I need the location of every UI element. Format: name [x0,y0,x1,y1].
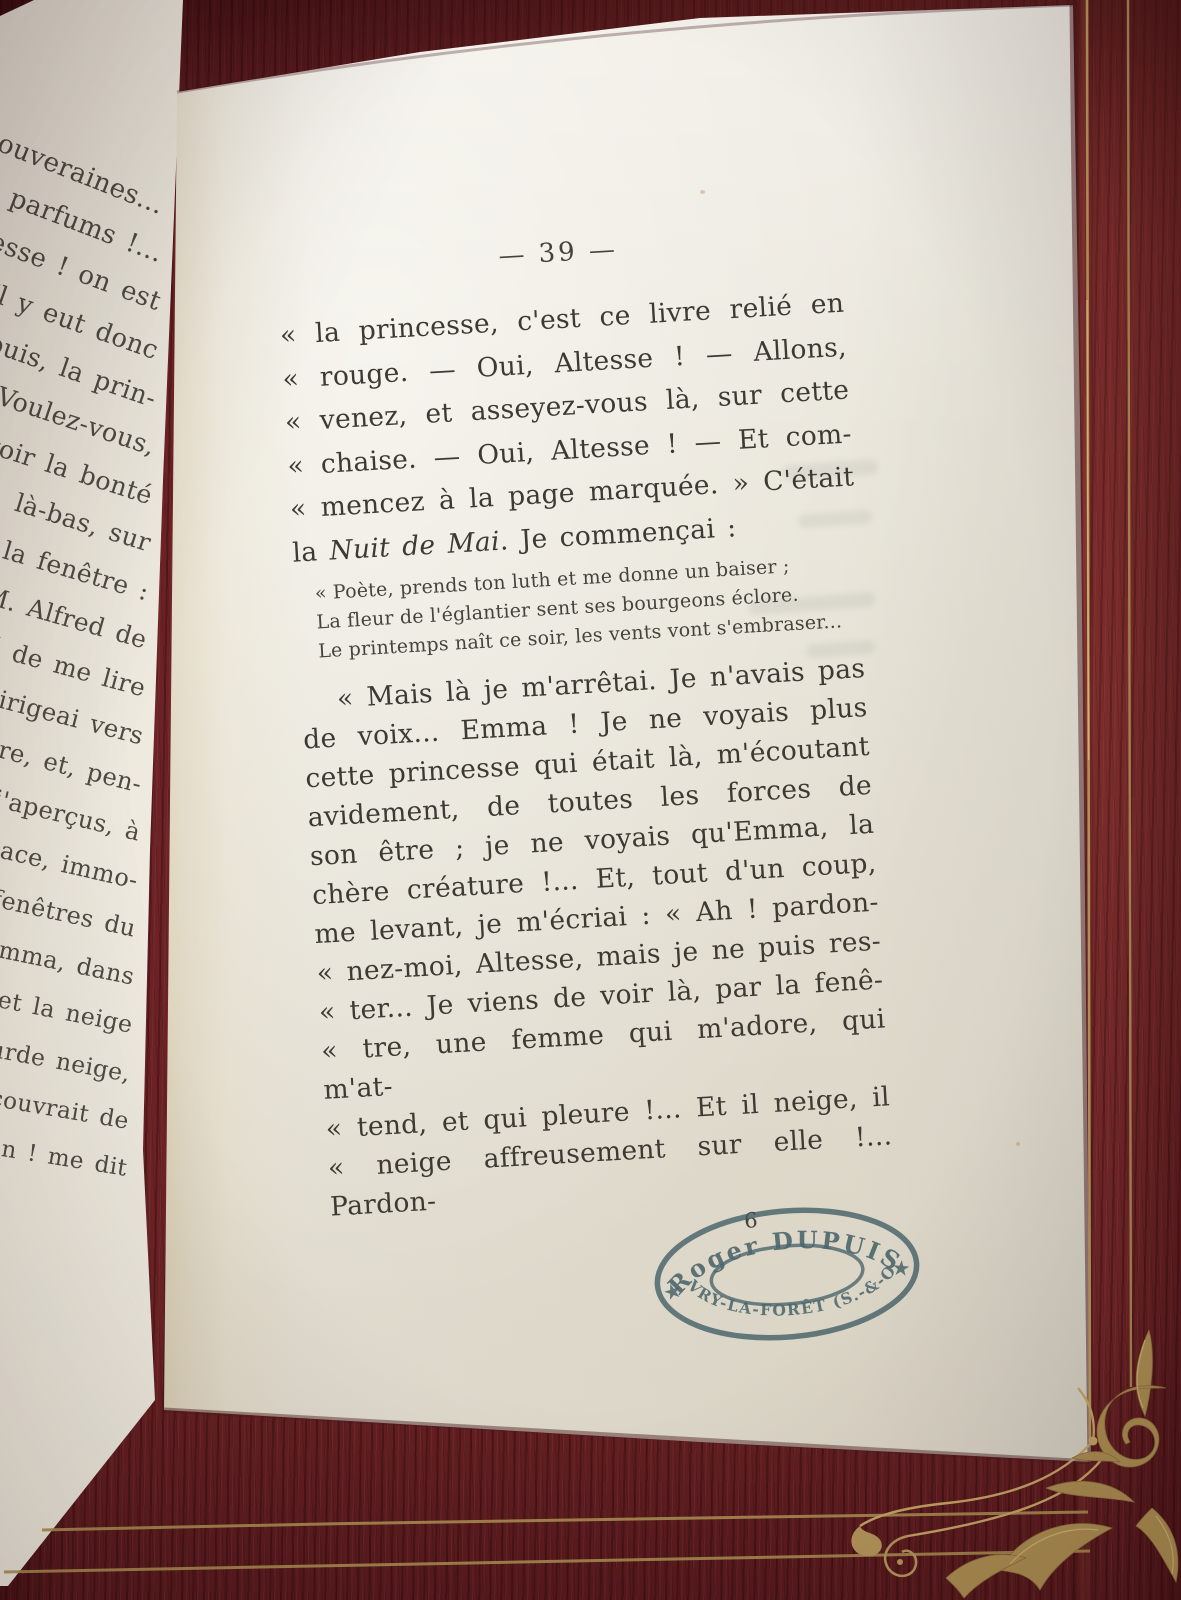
italic-title-fragment: Nuit de Mai [329,525,501,566]
right-page: — 39 — « la princesse, c'est ce livre re… [0,0,1181,1600]
page-text-block: — 39 — « la princesse, c'est ce livre re… [275,222,897,1257]
left-page-text-line: bien ! me dit [0,1130,129,1182]
foxing-spot [700,190,705,194]
left-page-text-line: lourde neige, [0,1030,133,1087]
star-icon: ★ [891,1255,912,1281]
text-fragment: . Je commençai : [499,512,737,557]
paragraph-1: « la princesse, c'est ce livre relié en«… [279,282,856,532]
paragraph-2: « Mais là je m'arrêtai. Je n'avais pasde… [300,649,895,1227]
owner-stamp: Roger DUPUIS CIVRY-LA-FORÊT (S.-&-O.) ★ … [640,1191,933,1357]
page-number-header: — 39 — [275,222,841,294]
foxing-spot [1016,1142,1020,1146]
gutter-shadow [160,0,310,1600]
text-fragment: la [292,535,331,568]
book-photo: 38 — ignes souveraines...urs, ces parfum… [0,0,1181,1600]
left-page-text-line: la couvrait de [0,1079,131,1135]
